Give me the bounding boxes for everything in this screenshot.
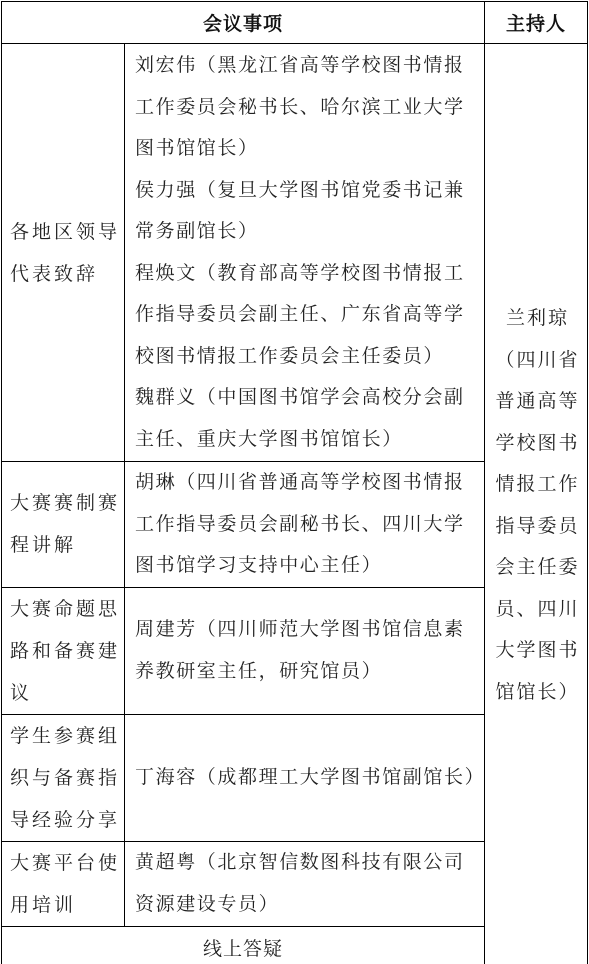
speakers-cell: 胡琳（四川省普通高等学校图书情报工作指导委员会副秘书长、四川大学图书馆学习支持中… [125, 462, 485, 588]
agenda-table: 会议事项 主持人 各地区领导代表致辞 刘宏伟（黑龙江省高等学校图书情报工作委员会… [1, 1, 588, 964]
speaker-entry: 黄超粤（北京智信数图科技有限公司资源建设专员） [135, 842, 480, 925]
speaker-entry: 周建芳（四川师范大学图书馆信息素养教研室主任，研究馆员） [135, 609, 480, 692]
topic-cell: 学生参赛组织与备赛指导经验分享 [2, 714, 125, 841]
speaker-entry: 程焕文（教育部高等学校图书情报工作指导委员会副主任、广东省高等学校图书情报工作委… [135, 253, 480, 378]
topic-cell: 各地区领导代表致辞 [2, 44, 125, 462]
agenda-header: 会议事项 [2, 2, 485, 44]
speakers-cell: 周建芳（四川师范大学图书馆信息素养教研室主任，研究馆员） [125, 587, 485, 714]
speaker-entry: 侯力强（复旦大学图书馆党委书记兼常务副馆长） [135, 170, 480, 253]
speakers-cell: 丁海容（成都理工大学图书馆副馆长） [125, 714, 485, 841]
header-row: 会议事项 主持人 [2, 2, 588, 44]
speaker-entry: 魏群义（中国图书馆学会高校分会副主任、重庆大学图书馆馆长） [135, 377, 480, 460]
speaker-entry: 刘宏伟（黑龙江省高等学校图书情报工作委员会秘书长、哈尔滨工业大学图书馆馆长） [135, 45, 480, 170]
host-header: 主持人 [485, 2, 588, 44]
speakers-cell: 刘宏伟（黑龙江省高等学校图书情报工作委员会秘书长、哈尔滨工业大学图书馆馆长） 侯… [125, 44, 485, 462]
online-qa-cell: 线上答疑 [2, 926, 485, 964]
topic-cell: 大赛命题思路和备赛建议 [2, 587, 125, 714]
host-cell: 兰利琼（四川省普通高等学校图书情报工作指导委员会主任委员、四川大学图书馆馆长） [485, 44, 588, 964]
topic-cell: 大赛平台使用培训 [2, 841, 125, 926]
topic-cell: 大赛赛制赛程讲解 [2, 462, 125, 588]
speakers-cell: 黄超粤（北京智信数图科技有限公司资源建设专员） [125, 841, 485, 926]
speaker-entry: 丁海容（成都理工大学图书馆副馆长） [135, 757, 480, 799]
speaker-entry: 胡琳（四川省普通高等学校图书情报工作指导委员会副秘书长、四川大学图书馆学习支持中… [135, 462, 480, 587]
table-row: 各地区领导代表致辞 刘宏伟（黑龙江省高等学校图书情报工作委员会秘书长、哈尔滨工业… [2, 44, 588, 462]
